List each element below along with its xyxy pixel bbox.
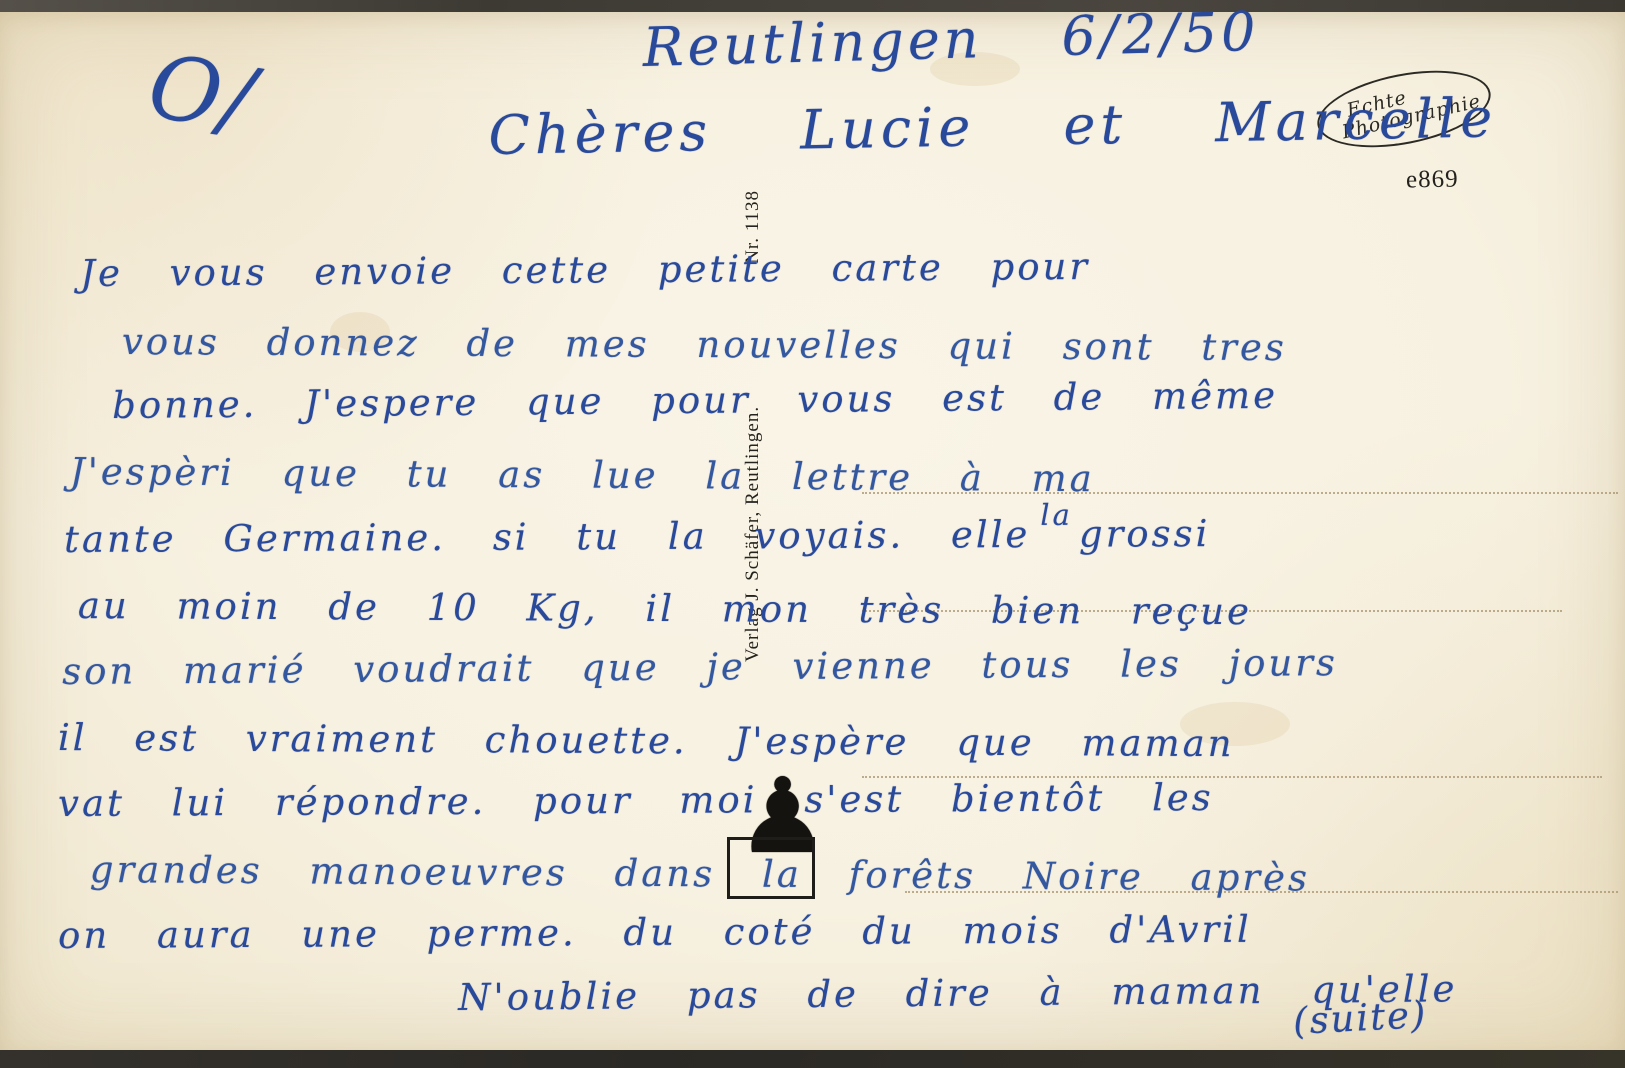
handwriting-line-10: grandes manoeuvres dans la forêts Noire … [90, 848, 1310, 900]
handwriting-line-2: vous donnez de mes nouvelles qui sont tr… [122, 320, 1287, 369]
handwriting-line-8: il est vraiment chouette. J'espère que m… [58, 716, 1235, 765]
handwriting-line-11: on aura une perme. du coté du mois d'Avr… [58, 908, 1252, 957]
scan-edge-top [0, 0, 1625, 12]
postcard-scan: Echte Photographie e869 Verlag J. Schäfe… [0, 0, 1625, 1068]
scan-edge-bottom [0, 1050, 1625, 1068]
continuation-mark: (suite) [1292, 993, 1428, 1043]
print-code: e869 [1406, 166, 1459, 195]
handwriting-line-9: vat lui répondre. pour moi s'est bientôt… [58, 776, 1214, 825]
line-5-text-end: grossi [1079, 512, 1211, 556]
handwriting-line-7: son marié voudrait que je vienne tous le… [62, 641, 1338, 693]
inserted-word: la [1040, 498, 1073, 532]
line-5-text: tante Germaine. si tu la voyais. elle [64, 513, 1031, 561]
handwriting-line-4: J'espèri que tu as lue la lettre à ma [70, 450, 1095, 500]
handwriting-line-6: au moin de 10 Kg, il mon très bien reçue [78, 584, 1252, 633]
corner-mark: O/ [142, 34, 263, 152]
handwriting-line-5: tante Germaine. si tu la voyais. ellelag… [64, 512, 1211, 561]
handwriting-line-1: Je vous envoie cette petite carte pour [80, 245, 1090, 295]
